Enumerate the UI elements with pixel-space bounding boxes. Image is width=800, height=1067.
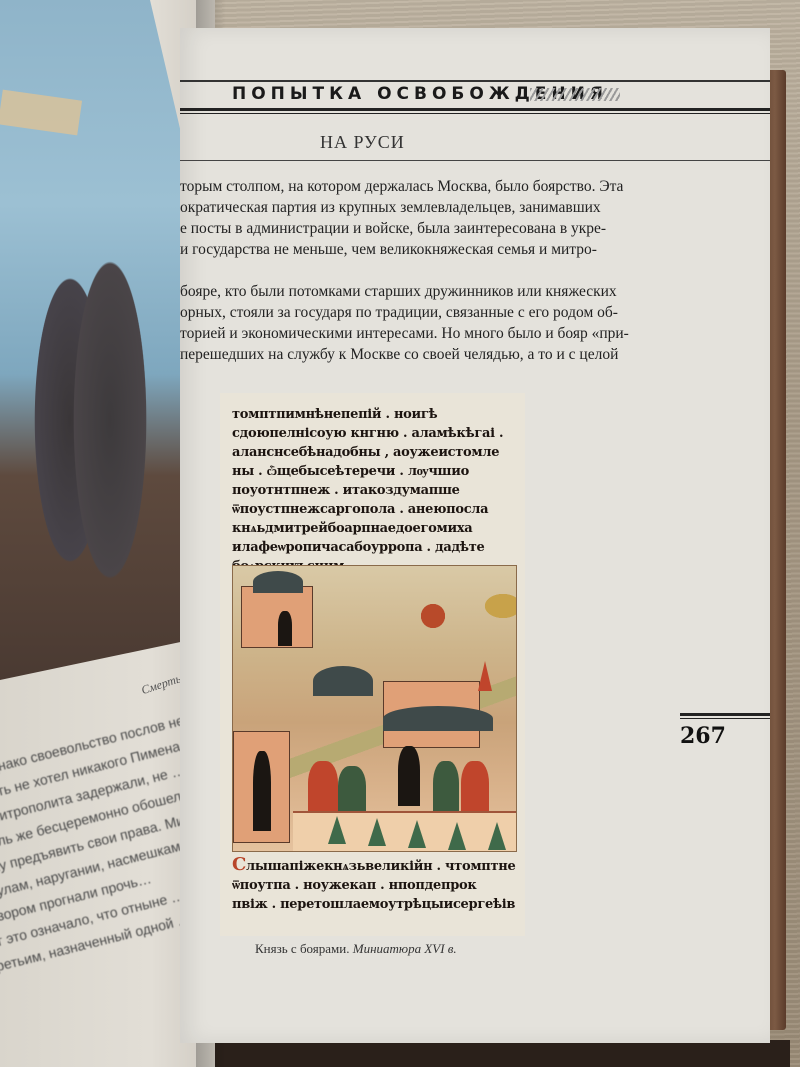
page-number: 267 xyxy=(680,723,726,749)
miniature-dome xyxy=(313,666,373,696)
manuscript-text-bottom: Слышапіжекнѧзьвеликійн . чтомптне ѿпоутп… xyxy=(232,855,517,914)
text-line: торией и экономическими интересами. Но м… xyxy=(180,323,640,344)
manuscript-line-text: лышапіжекнѧзьвеликійн . чтомптне xyxy=(246,859,515,874)
manuscript-line: илафеѡропичасабоурропа . дадѣте xyxy=(232,538,517,557)
text-line: орных, стояли за государя по традиции, с… xyxy=(180,302,640,323)
manuscript-line: сдоюпелнісоую кнгню . аламѣкѣгаі . xyxy=(232,424,517,443)
text-line: ократическая партия из крупных землевлад… xyxy=(180,197,640,218)
miniature-spire xyxy=(478,661,492,691)
manuscript-line: ѿпоутпа . ноужекап . нпопдепрок xyxy=(232,876,517,895)
miniature-city-wall xyxy=(293,811,516,852)
header-rule-bottom xyxy=(180,160,770,161)
miniature-tree xyxy=(328,816,346,844)
manuscript-line: аланснсебѣнадобны , аоужеистомле xyxy=(232,443,517,462)
caption-main: Князь с боярами. xyxy=(255,941,353,956)
miniature-figure-red xyxy=(461,761,489,816)
running-header-subtitle: НА РУСИ xyxy=(320,132,405,153)
miniature-painting xyxy=(232,565,517,852)
miniature-doorway xyxy=(253,751,271,831)
manuscript-line: кнѧьдмитрейбоарпнаедоегомиха xyxy=(232,519,517,538)
header-hatch-ornament xyxy=(530,88,620,101)
manuscript-line: томптпимнѣнепепій . ноигѣ xyxy=(232,405,517,424)
header-rule-double xyxy=(180,108,770,114)
miniature-figure-green xyxy=(338,766,366,816)
text-line: перешедших на службу к Москве со своей ч… xyxy=(180,344,640,365)
text-line: бояре, кто были потомками старших дружин… xyxy=(180,281,640,302)
body-text: торым столпом, на котором держалась Моск… xyxy=(180,176,640,365)
left-page-text: днако своевольство послов не … ать не хо… xyxy=(0,760,210,985)
miniature-dome xyxy=(383,706,493,731)
miniature-tree xyxy=(488,822,506,850)
miniature-tree xyxy=(408,820,426,848)
manuscript-figure: томптпимнѣнепепій . ноигѣ сдоюпелнісоую … xyxy=(220,393,525,936)
manuscript-line: Слышапіжекнѧзьвеликійн . чтомптне xyxy=(232,855,517,876)
manuscript-line: ны . ѽщебысеѣтеречи . лѹчшио xyxy=(232,462,517,481)
manuscript-line: поуотнтпнеж . итакоздумапше xyxy=(232,481,517,500)
right-page: ПОПЫТКА ОСВОБОЖДЕНИЯ НА РУСИ торым столп… xyxy=(180,28,770,1043)
miniature-tree xyxy=(448,822,466,850)
manuscript-text-top: томптпимнѣнепепій . ноигѣ сдоюпелнісоую … xyxy=(232,405,517,557)
miniature-doorway xyxy=(398,746,420,806)
miniature-figure-red xyxy=(308,761,338,816)
miniature-tree xyxy=(368,818,386,846)
paragraph-1: торым столпом, на котором держалась Моск… xyxy=(180,176,640,260)
miniature-figure-green xyxy=(433,761,459,816)
page-number-rule xyxy=(680,713,770,719)
text-line: е посты в администрации и войске, была з… xyxy=(180,218,640,239)
text-line: торым столпом, на котором держалась Моск… xyxy=(180,176,640,197)
text-line: и государства не меньше, чем великокняже… xyxy=(180,239,640,260)
miniature-roof xyxy=(253,571,303,593)
drop-initial: С xyxy=(232,855,246,875)
miniature-building xyxy=(241,586,313,648)
miniature-doorway xyxy=(278,611,292,646)
manuscript-line: пвіж . перетошлаемоутрѣцыисергеѣів xyxy=(232,895,517,914)
figure-caption: Князь с боярами. Миниатюра XVI в. xyxy=(255,941,457,957)
paragraph-2: бояре, кто были потомками старших дружин… xyxy=(180,281,640,365)
caption-italic: Миниатюра XVI в. xyxy=(353,941,457,956)
header-rule-top xyxy=(180,80,770,82)
manuscript-line: ѿпоустпнежсаргопола . анеюпосла xyxy=(232,500,517,519)
